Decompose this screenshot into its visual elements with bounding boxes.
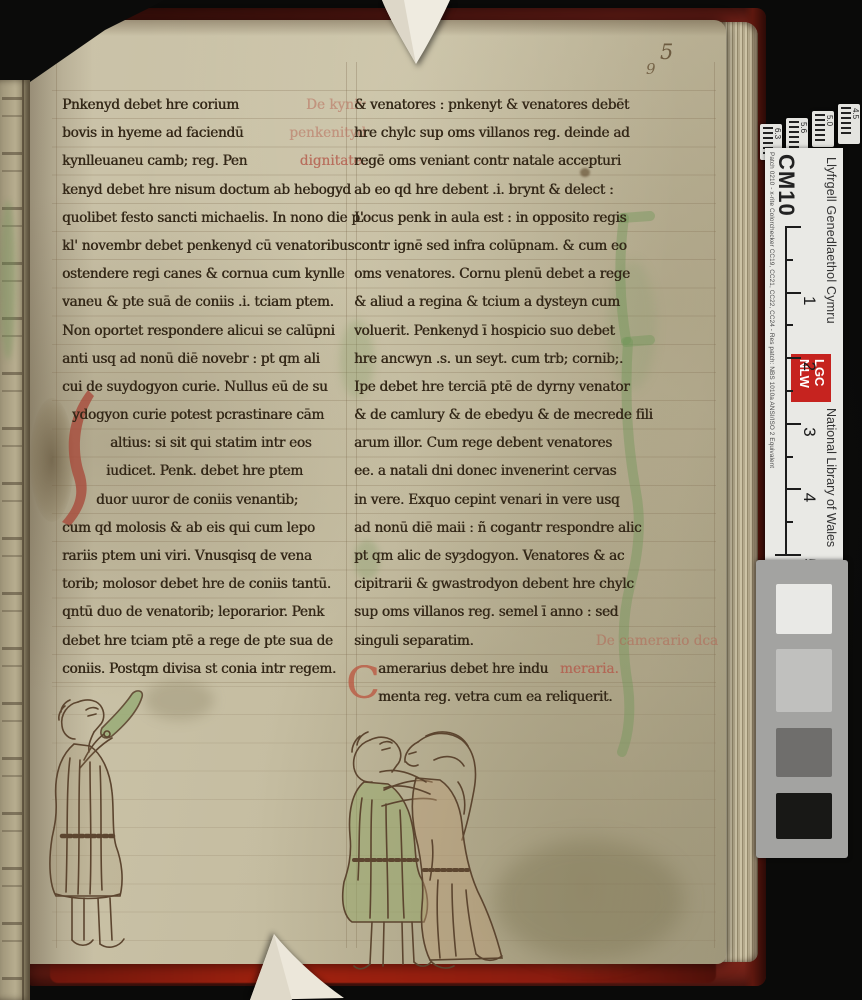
line-text: quolibet festo sancti michaelis. In nono… — [62, 204, 363, 232]
manuscript-line: kenyd debet hre nisum doctum ab hebogyd — [62, 176, 366, 204]
line-text: voluerit. Penkenyd ī hospicio suo debet — [354, 317, 615, 345]
manuscript-line: anti usq ad nonū diē novebr : pt qm ali — [62, 345, 366, 373]
line-text: kenyd debet hre nisum doctum ab hebogyd — [62, 176, 351, 204]
drop-initial-c: C — [346, 660, 380, 708]
line-text: qntū duo de venatorib; leporarior. Penk — [62, 598, 324, 626]
line-text: duor uuror de coniis venantib; — [96, 486, 298, 514]
resolution-bars — [841, 107, 851, 135]
grayscale-patch-holder — [756, 560, 848, 858]
line-text: altius: si sit qui statim intr eos — [110, 429, 311, 457]
line-text: arum illor. Cum rege debent venatores — [354, 429, 612, 457]
manuscript-line: & venatores : pnkenyt & venatores debēt — [354, 91, 718, 119]
scale-tick — [787, 521, 793, 523]
page-weight-top — [374, 0, 460, 68]
grayscale-patch — [776, 584, 832, 634]
manuscript-page: Pnkenyd debet hre coriumDe kynivbovis in… — [24, 20, 726, 964]
line-text: ab eo qd hre debent .i. brynt & delect : — [354, 176, 613, 204]
grayscale-patch — [776, 728, 832, 777]
line-text: & venatores : pnkenyt & venatores debēt — [354, 91, 629, 119]
line-text: in vere. Exquo cepint venari in vere usq — [354, 486, 619, 514]
scale-tick — [787, 423, 801, 425]
stain-mid — [144, 680, 214, 720]
scale-tick — [787, 357, 801, 359]
line-text: oms venatores. Cornu plenū debet a rege — [354, 260, 630, 288]
manuscript-line: in vere. Exquo cepint venari in vere usq — [354, 486, 718, 514]
line-text: hre chylc sup oms villanos reg. deinde a… — [354, 119, 630, 147]
resolution-tab: 4.5 — [838, 104, 860, 144]
line-text: ydogyon curie potest pcrastinare cām — [72, 401, 324, 429]
manuscript-line: ab eo qd hre debent .i. brynt & delect : — [354, 176, 718, 204]
left-text-column: Pnkenyd debet hre coriumDe kynivbovis in… — [62, 91, 366, 683]
line-text: torib; molosor debet hre de coniis tantū… — [62, 570, 331, 598]
rubric-text: De camerario dca — [590, 627, 718, 655]
manuscript-line: regē oms veniant contr natale accepturi — [354, 147, 718, 175]
manuscript-line: rariis ptem uni viri. Vnusqisq de vena — [62, 542, 366, 570]
manuscript-line: altius: si sit qui statim intr eos — [62, 429, 366, 457]
scale-number: 3 — [799, 427, 819, 436]
line-text: amerarius debet hre indu — [378, 655, 548, 683]
line-text: ad nonū diē maii : ñ cogantr respondre a… — [354, 514, 641, 542]
line-text: Non oportet respondere alicui se calūpni — [62, 317, 335, 345]
scale-number: 4 — [799, 493, 819, 502]
line-text: debet hre tciam ptē a rege de pte sua de — [62, 627, 333, 655]
line-text: coniis. Postqm divisa st conia intr rege… — [62, 655, 336, 683]
manuscript-line: iudicet. Penk. debet hre ptem — [62, 457, 366, 485]
manuscript-line: arum illor. Cum rege debent venatores — [354, 429, 718, 457]
line-text: bovis in hyeme ad faciendū — [62, 119, 243, 147]
manuscript-line: ee. a natali dni donec invenerint cervas — [354, 457, 718, 485]
resolution-bars — [789, 121, 799, 149]
scale-number: 1 — [799, 296, 819, 305]
manuscript-line: bovis in hyeme ad faciendūpenkenityd — [62, 119, 366, 147]
line-text: rariis ptem uni viri. Vnusqisq de vena — [62, 542, 312, 570]
line-text: iudicet. Penk. debet hre ptem — [106, 457, 303, 485]
resolution-bars — [815, 114, 825, 142]
manuscript-line: sup oms villanos reg. semel ī anno : sed — [354, 598, 718, 626]
facing-page-green-tint — [0, 200, 16, 360]
manuscript-line: vaneu & pte suā de coniis .i. tciam ptem… — [62, 288, 366, 316]
scale-tick — [787, 390, 793, 392]
rubric-text: meraria. — [554, 655, 619, 683]
line-text: vaneu & pte suā de coniis .i. tciam ptem… — [62, 288, 334, 316]
folio-number: 5 — [660, 40, 673, 64]
manuscript-line: pt qm alic de syȝdogyon. Venatores & ac — [354, 542, 718, 570]
scale-tick — [787, 488, 801, 490]
scale-tick — [787, 324, 793, 326]
line-text: ee. a natali dni donec invenerint cervas — [354, 457, 616, 485]
resolution-tab-number: 5.6 — [799, 122, 808, 133]
resolution-tab-number: 5.0 — [825, 115, 834, 126]
manuscript-line: hre chylc sup oms villanos reg. deinde a… — [354, 119, 718, 147]
line-text: singuli separatim. — [354, 627, 474, 655]
line-text: pt qm alic de syȝdogyon. Venatores & ac — [354, 542, 624, 570]
manuscript-line: duor uuror de coniis venantib; — [62, 486, 366, 514]
scale-tick — [787, 456, 793, 458]
manuscript-line: singuli separatim.De camerario dca — [354, 627, 718, 655]
line-text: & aliud a regina & tcium a dysteyn cum — [354, 288, 620, 316]
color-calibration-bar: 6.35.65.04.5 Llyfrgell Genedlaethol Cymr… — [756, 98, 862, 860]
scale-end-tick — [775, 554, 801, 556]
manuscript-line: kynlleuaneu camb; reg. Pendignitate. — [62, 147, 366, 175]
manuscript-line: Locus penk in aula est : in opposito reg… — [354, 204, 718, 232]
facing-page-edge-line — [22, 80, 24, 1000]
line-text: sup oms villanos reg. semel ī anno : sed — [354, 598, 618, 626]
manuscript-line: qntū duo de venatorib; leporarior. Penk — [62, 598, 366, 626]
facing-page-sliver — [0, 80, 30, 1000]
manuscript-line: cipitrarii & gwastrodyon debent hre chyl… — [354, 570, 718, 598]
manuscript-line: & de camlury & de ebedyu & de mecrede fi… — [354, 401, 718, 429]
line-text: Ipe debet hre terciā ptē de dyrny venato… — [354, 373, 629, 401]
line-text: regē oms veniant contr natale accepturi — [354, 147, 621, 175]
scale-number: 2 — [799, 362, 819, 371]
manuscript-line: ostendere regi canes & cornua cum kynlle — [62, 260, 366, 288]
line-text: anti usq ad nonū diē novebr : pt qm ali — [62, 345, 320, 373]
line-text: & de camlury & de ebedyu & de mecrede fi… — [354, 401, 653, 429]
line-text: contr ignē sed infra colūpnam. & cum eo — [354, 232, 627, 260]
manuscript-line: contr ignē sed infra colūpnam. & cum eo — [354, 232, 718, 260]
manuscript-line: Non oportet respondere alicui se calūpni — [62, 317, 366, 345]
manuscript-line: Ipe debet hre terciā ptē de dyrny venato… — [354, 373, 718, 401]
manuscript-line: amerarius debet hre indumeraria. — [354, 655, 718, 683]
manuscript-line: menta reg. vetra cum ea reliquerit. — [354, 683, 718, 711]
scale-tick — [787, 292, 801, 294]
line-text: Pnkenyd debet hre corium — [62, 91, 239, 119]
line-text: cipitrarii & gwastrodyon debent hre chyl… — [354, 570, 634, 598]
folio-number-secondary: 9 — [646, 60, 656, 78]
right-text-column: & venatores : pnkenyt & venatores debēth… — [354, 91, 718, 711]
manuscript-line: voluerit. Penkenyd ī hospicio suo debet — [354, 317, 718, 345]
manuscript-line: Pnkenyd debet hre coriumDe kyniv — [62, 91, 366, 119]
manuscript-line: torib; molosor debet hre de coniis tantū… — [62, 570, 366, 598]
line-text: menta reg. vetra cum ea reliquerit. — [378, 683, 612, 711]
resolution-tab: 5.0 — [812, 111, 834, 147]
line-text: kl' novembr debet penkenyd cū venatoribu… — [62, 232, 354, 260]
manuscript-line: hre ancwyn .s. un seyt. cum trb; cornib;… — [354, 345, 718, 373]
line-text: cum qd molosis & ab eis qui cum lepo — [62, 514, 315, 542]
horn-blower-drawing — [32, 688, 150, 964]
institution-name-welsh: Llyfrgell Genedlaethol Cymru — [824, 157, 838, 324]
grayscale-patch — [776, 649, 832, 712]
manuscript-line: ad nonū diē maii : ñ cogantr respondre a… — [354, 514, 718, 542]
resolution-tab-number: 6.3 — [773, 128, 782, 139]
manuscript-line: quolibet festo sancti michaelis. In nono… — [62, 204, 366, 232]
manuscript-line: ydogyon curie potest pcrastinare cām — [62, 401, 366, 429]
manuscript-line: cui de suydogyon curie. Nullus eū de su — [62, 373, 366, 401]
manuscript-line: kl' novembr debet penkenyd cū venatoribu… — [62, 232, 366, 260]
page-weight-bottom — [222, 928, 346, 1000]
calibration-ruler: Llyfrgell Genedlaethol Cymru LGC NLW Nat… — [765, 148, 843, 560]
manuscript-line: oms venatores. Cornu plenū debet a rege — [354, 260, 718, 288]
manuscript-line: cum qd molosis & ab eis qui cum lepo — [62, 514, 366, 542]
scale-tick — [787, 259, 793, 261]
ruler-code: CM10 — [773, 154, 799, 217]
calibration-fine-print: Patch 0210 - x-rite Colorchecker CC19, C… — [768, 152, 775, 558]
manuscript-line: debet hre tciam ptē a rege de pte sua de — [62, 627, 366, 655]
line-text: cui de suydogyon curie. Nullus eū de su — [62, 373, 328, 401]
line-text: hre ancwyn .s. un seyt. cum trb; cornib;… — [354, 345, 623, 373]
institution-name-english: National Library of Wales — [824, 408, 838, 547]
resolution-tab-number: 4.5 — [851, 108, 860, 119]
line-text: Locus penk in aula est : in opposito reg… — [354, 204, 626, 232]
grayscale-patch — [776, 793, 832, 839]
line-text: ostendere regi canes & cornua cum kynlle — [62, 260, 344, 288]
scale-tick — [787, 226, 801, 228]
line-text: kynlleuaneu camb; reg. Pen — [62, 147, 247, 175]
manuscript-line: coniis. Postqm divisa st conia intr rege… — [62, 655, 366, 683]
manuscript-line: & aliud a regina & tcium a dysteyn cum — [354, 288, 718, 316]
